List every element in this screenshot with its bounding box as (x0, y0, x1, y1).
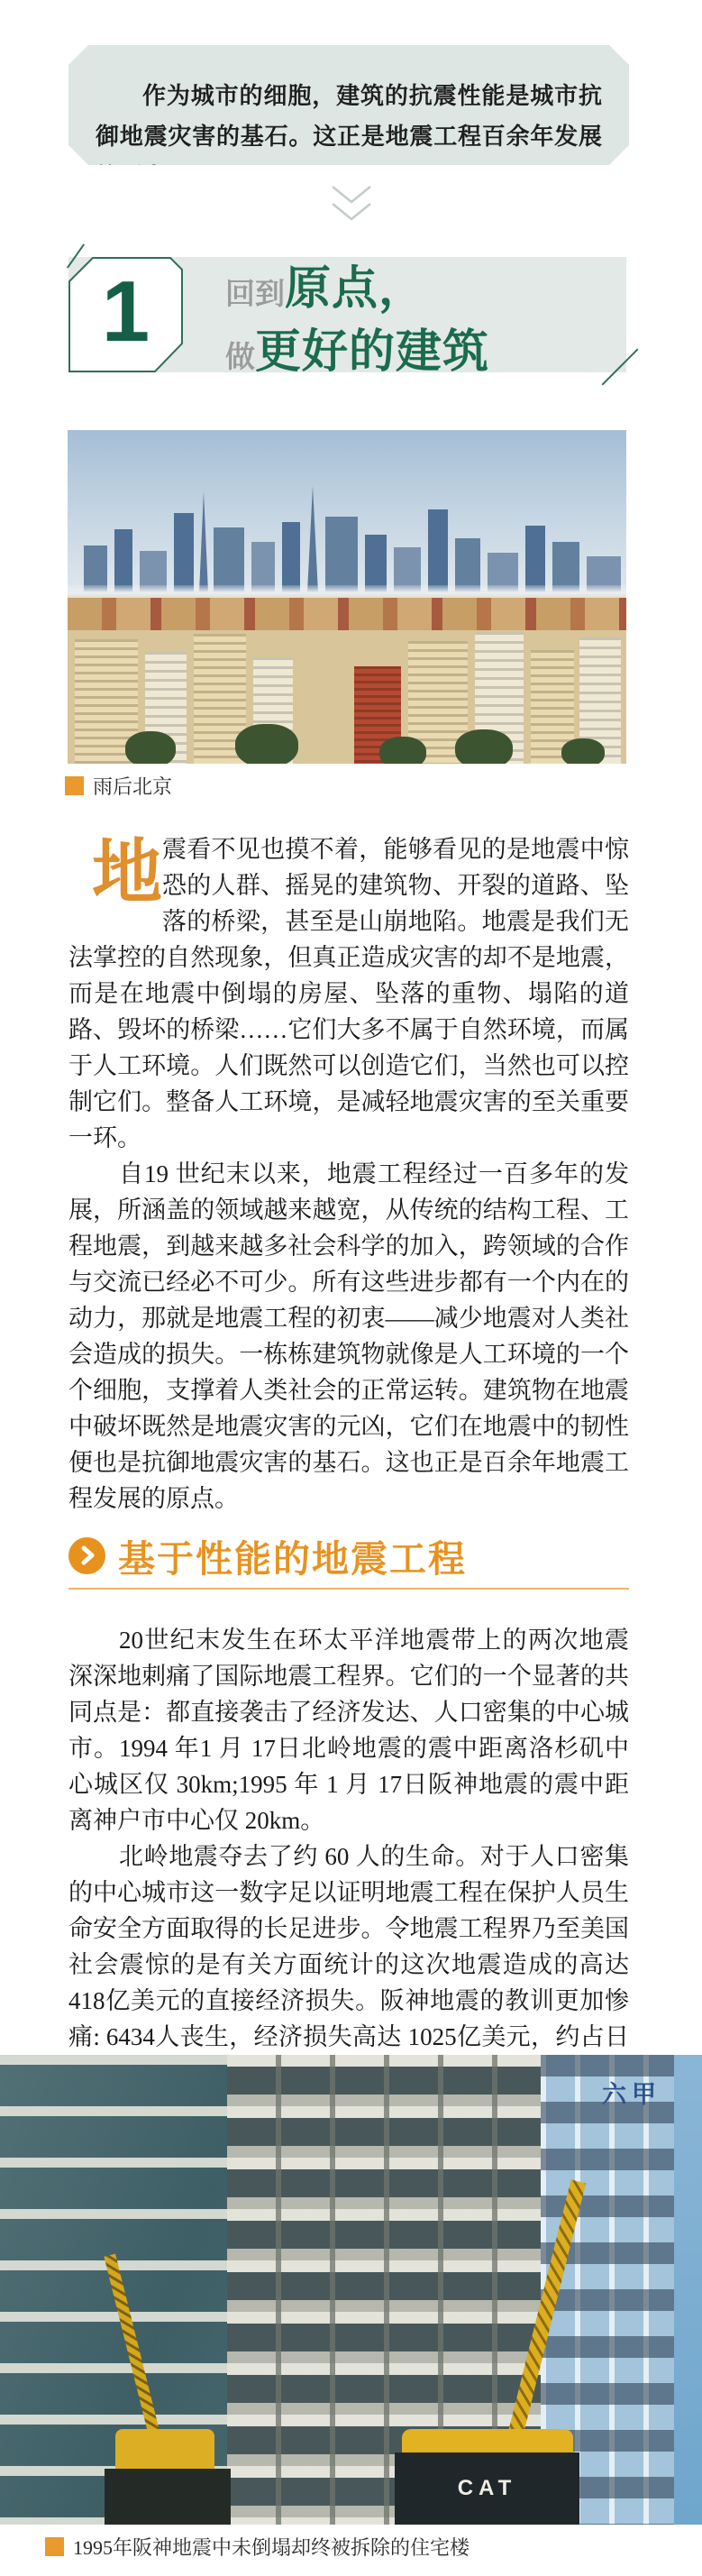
photo-beijing-after-rain (68, 430, 626, 764)
dropcap: 地 (68, 837, 162, 909)
caption-square-icon (65, 776, 84, 795)
section-title-main-1: 原点， (285, 264, 425, 315)
excavator-boom (501, 2179, 586, 2463)
intro-quote-box: 作为城市的细胞，建筑的抗震性能是城市抗御地震灾害的基石。这正是地震工程百余年发展… (68, 45, 629, 165)
caption-text: 1995年阪神地震中未倒塌却终被拆除的住宅楼 (73, 2533, 470, 2561)
double-chevron-down-icon (330, 184, 373, 228)
photo-hanshin-caption: 1995年阪神地震中未倒塌却终被拆除的住宅楼 (45, 2533, 470, 2561)
excavator-body: CAT (395, 2452, 579, 2525)
excavator-boom (104, 2254, 160, 2441)
excavator-cab (115, 2429, 214, 2471)
intro-quote-text: 作为城市的细胞，建筑的抗震性能是城市抗御地震灾害的基石。这正是地震工程百余年发展… (96, 76, 602, 197)
section-title-prefix-1: 回到 (225, 279, 285, 311)
excavator-brand-label: CAT (458, 2476, 517, 2501)
caption-text: 雨后北京 (93, 772, 172, 800)
photo-historic-roofs (68, 598, 626, 632)
article-page: 作为城市的细胞，建筑的抗震性能是城市抗御地震灾害的基石。这正是地震工程百余年发展… (0, 0, 702, 2576)
caption-square-icon (45, 2537, 64, 2556)
article-body: 地震看不见也摸不着，能够看见的是地震中惊恐的人群、摇晃的建筑物、开裂的道路、坠落… (68, 831, 629, 2054)
subsection-heading: 基于性能的地震工程 (68, 1535, 629, 1576)
section-title-main-2: 更好的建筑 (255, 327, 489, 378)
section-number: 1 (68, 257, 183, 372)
paragraph-3: 20世纪末发生在环太平洋地震带上的两次地震深深地刺痛了国际地震工程界。它们的一个… (68, 1622, 629, 1838)
section-title: 回到原点， 做更好的建筑 (225, 263, 489, 390)
chevron-circle-icon (68, 1537, 105, 1574)
paragraph-2: 自19 世纪末以来，地震工程经过一百多年的发展，所涵盖的领域越来越宽，从传统的结… (68, 1156, 629, 1517)
excavator-cat: CAT (395, 2055, 579, 2525)
subsection-heading-text: 基于性能的地震工程 (118, 1529, 467, 1582)
photo-distant-skyline (68, 484, 626, 592)
excavator-roof (402, 2429, 573, 2454)
photo-foreground-buildings (68, 630, 626, 764)
heading-rule (68, 1588, 629, 1590)
excavator-small (97, 2055, 232, 2525)
photo-wall-label: 六甲 (602, 2075, 661, 2110)
paragraph-4: 北岭地震夺去了约 60 人的生命。对于人口密集的中心城市这一数字足以证明地震工程… (68, 1838, 629, 2054)
photo-blue-tarp (674, 2055, 702, 2525)
paragraph-1: 地震看不见也摸不着，能够看见的是地震中惊恐的人群、摇晃的建筑物、开裂的道路、坠落… (68, 831, 629, 1156)
photo-hanshin-demolition: 六甲 CAT (0, 2055, 702, 2525)
excavator-base (105, 2469, 231, 2525)
photo-beijing-caption: 雨后北京 (65, 772, 172, 800)
section-title-prefix-2: 做 (225, 342, 255, 374)
